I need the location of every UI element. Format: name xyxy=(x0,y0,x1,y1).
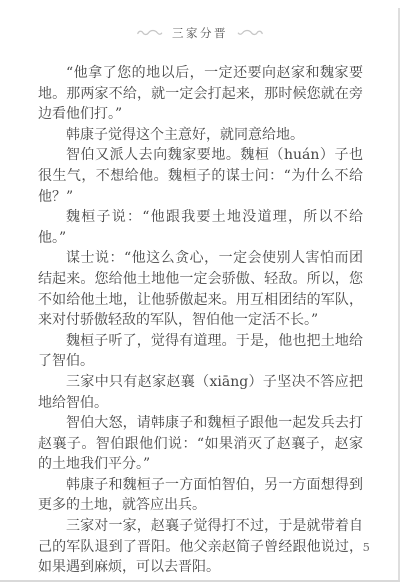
chapter-title: 三家分晋 xyxy=(172,25,228,41)
header-flourish-left-icon xyxy=(136,28,163,39)
page-number: 5 xyxy=(363,540,370,554)
paragraph: 魏桓子听了，觉得有道理。于是，他也把土地给了智伯。 xyxy=(38,331,363,372)
header-flourish-right-icon xyxy=(237,28,264,39)
paragraph: 谋士说：“他这么贪心，一定会使别人害怕而团结起来。您给他土地他一定会骄傲、轻敌。… xyxy=(38,248,363,330)
paragraph: 韩康子觉得这个主意好，就同意给地。 xyxy=(38,125,363,146)
body-text: “他拿了您的地以后，一定还要向赵家和魏家要地。那两家不给，就一定会打起来，那时候… xyxy=(38,63,363,578)
paragraph: 三家对一家，赵襄子觉得打不过，于是就带着自己的军队退到了晋阳。他父亲赵简子曾经跟… xyxy=(38,516,363,578)
book-page: 三家分晋 “他拿了您的地以后，一定还要向赵家和魏家要地。那两家不给，就一定会打起… xyxy=(0,0,400,582)
chapter-header: 三家分晋 xyxy=(0,25,400,41)
paragraph: 魏桓子说：“他跟我要土地没道理，所以不给他。” xyxy=(38,207,363,248)
paragraph: 三家中只有赵家赵襄（xiāng）子坚决不答应把地给智伯。 xyxy=(38,372,363,413)
paragraph: 智伯大怒，请韩康子和魏桓子跟他一起发兵去打赵襄子。智伯跟他们说：“如果消灭了赵襄… xyxy=(38,413,363,475)
paragraph: 智伯又派人去向魏家要地。魏桓（huán）子也很生气，不想给他。魏桓子的谋士问：“… xyxy=(38,145,363,207)
paragraph: “他拿了您的地以后，一定还要向赵家和魏家要地。那两家不给，就一定会打起来，那时候… xyxy=(38,63,363,125)
paragraph: 韩康子和魏桓子一方面怕智伯，另一方面想得到更多的土地，就答应出兵。 xyxy=(38,475,363,516)
